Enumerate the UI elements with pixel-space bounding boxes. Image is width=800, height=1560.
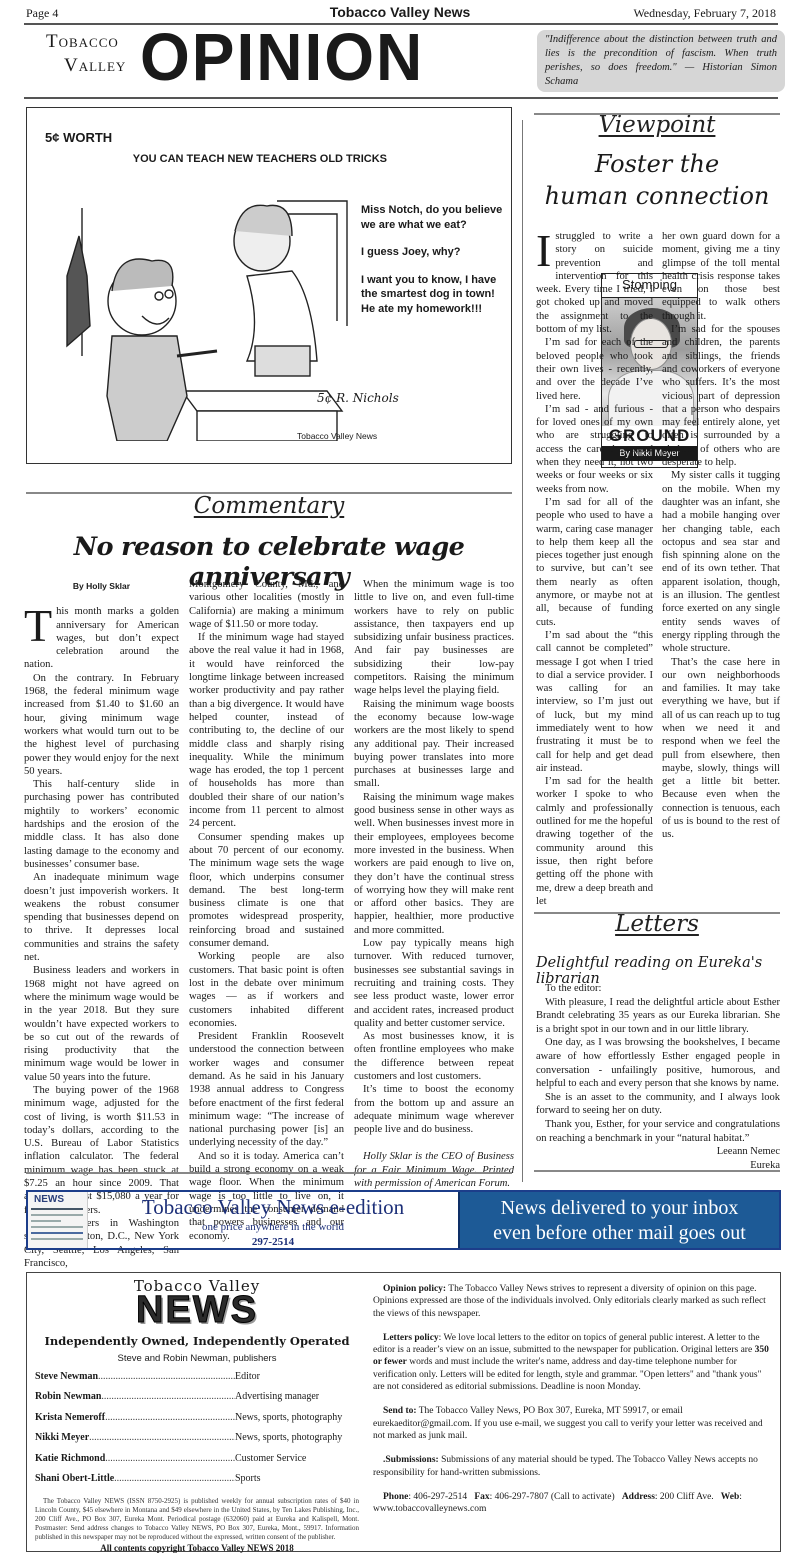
paragraph: I’m sad - and furious - for loved ones o… bbox=[536, 403, 653, 496]
speech-line-3: I want you to know, I have the smartest … bbox=[361, 273, 511, 317]
paragraph: With pleasure, I read the delightful art… bbox=[536, 996, 780, 1037]
web-label: Web bbox=[721, 1492, 739, 1502]
staff-row: Shani Obert-LittleSports bbox=[35, 1469, 365, 1490]
letters-policy: Letters policy: We love local letters to… bbox=[373, 1332, 773, 1393]
staff-row: Robin NewmanAdvertising manager bbox=[35, 1387, 365, 1408]
letters-section-title: Letters bbox=[534, 911, 780, 937]
staff-list: Steve NewmanEditor Robin NewmanAdvertisi… bbox=[35, 1366, 365, 1489]
thumbnail-masthead: NEWS bbox=[34, 1194, 64, 1205]
paragraph: This half-century slide in purchasing po… bbox=[24, 778, 179, 871]
ad-right-line-1: News delivered to your inbox bbox=[460, 1196, 779, 1221]
byline: By Holly Sklar bbox=[24, 580, 179, 593]
commentary-bottom-rule bbox=[26, 1172, 512, 1174]
column-divider bbox=[522, 120, 523, 1182]
policy-label: Opinion policy: bbox=[383, 1284, 446, 1294]
address-label: Address bbox=[622, 1492, 655, 1502]
staff-role: Editor bbox=[235, 1371, 365, 1382]
drop-cap: T bbox=[24, 607, 52, 645]
paragraph: When the minimum wage is too little to l… bbox=[354, 578, 514, 698]
headline-line-2: human connection bbox=[534, 180, 780, 212]
policy-label: .Submissions: bbox=[383, 1455, 439, 1465]
staff-role: News, sports, photography bbox=[235, 1412, 365, 1423]
commentary-column-1: By Holly Sklar This month marks a golden… bbox=[24, 580, 179, 1270]
policy-label: Letters policy bbox=[383, 1333, 439, 1343]
fax-value: : 406-297-7807 (Call to activate) bbox=[490, 1492, 622, 1502]
ad-subtitle: one price anywhere in the world bbox=[88, 1220, 458, 1234]
paragraph: Montgomery County, Md., and various othe… bbox=[189, 578, 344, 631]
viewpoint-column-1: Istruggled to write a story on suicide p… bbox=[536, 230, 653, 908]
paragraph: On the contrary. In February 1968, the f… bbox=[24, 672, 179, 778]
paragraph: I’m sad for each of the beloved people w… bbox=[536, 336, 653, 402]
paragraph: her own guard down for a moment, giving … bbox=[662, 230, 780, 323]
commentary-column-2: Montgomery County, Md., and various othe… bbox=[189, 578, 344, 1243]
viewpoint-section-title: Viewpoint bbox=[534, 112, 780, 138]
ad-title: Tobacco Valley News e-edition bbox=[88, 1194, 458, 1220]
paragraph: One day, as I was browsing the bookshelv… bbox=[536, 1036, 780, 1090]
phone-value: : 406-297-2514 bbox=[408, 1492, 474, 1502]
masthead-publishers: Steve and Robin Newman, publishers bbox=[27, 1353, 367, 1364]
address-value: : 200 Cliff Ave. bbox=[655, 1492, 721, 1502]
commentary-section-title: Commentary bbox=[26, 493, 512, 519]
staff-role: Customer Service bbox=[235, 1453, 365, 1464]
policies: Opinion policy: The Tobacco Valley News … bbox=[373, 1283, 773, 1527]
phone-label: Phone bbox=[383, 1492, 408, 1502]
masthead-line1: Tobacco bbox=[46, 30, 126, 54]
editorial-cartoon: 5¢ WORTH YOU CAN TEACH NEW TEACHERS OLD … bbox=[26, 107, 512, 464]
paragraph: That’s the case here in our own neighbor… bbox=[662, 656, 780, 842]
letter-body: To the editor: With pleasure, I read the… bbox=[536, 982, 780, 1172]
issue-date: Wednesday, February 7, 2018 bbox=[633, 6, 776, 21]
copyright-notice: All contents copyright Tobacco Valley NE… bbox=[27, 1543, 367, 1553]
cartoon-credit: Tobacco Valley News bbox=[297, 431, 377, 441]
staff-row: Steve NewmanEditor bbox=[35, 1366, 365, 1387]
paragraph: An inadequate minimum wage doesn’t just … bbox=[24, 871, 179, 964]
cartoon-title: YOU CAN TEACH NEW TEACHERS OLD TRICKS bbox=[27, 153, 387, 165]
paragraph: I’m sad for all of the people who used t… bbox=[536, 496, 653, 629]
letter-author: Leeann Nemec bbox=[536, 1145, 780, 1159]
paragraph: If the minimum wage had stayed above the… bbox=[189, 631, 344, 830]
paragraph: It’s time to boost the economy from the … bbox=[354, 1083, 514, 1136]
e-edition-ad-banner[interactable]: NEWS Tobacco Valley News e-edition one p… bbox=[26, 1190, 781, 1250]
staff-name: Shani Obert-Little bbox=[35, 1473, 114, 1484]
masthead-logo: NEWS bbox=[27, 1289, 367, 1332]
staff-name: Krista Nemeroff bbox=[35, 1412, 105, 1423]
staff-role: Sports bbox=[235, 1473, 365, 1484]
paragraph: I’m sad for the spouses and children, th… bbox=[662, 323, 780, 469]
contact-info: Phone: 406-297-2514 Fax: 406-297-7807 (C… bbox=[373, 1491, 773, 1516]
masthead-motto: Independently Owned, Independently Opera… bbox=[27, 1334, 367, 1348]
paragraph: Thank you, Esther, for your service and … bbox=[536, 1118, 780, 1145]
staff-row: Krista NemeroffNews, sports, photography bbox=[35, 1407, 365, 1428]
paragraph: Working people are also customers. That … bbox=[189, 950, 344, 1030]
section-title-opinion: OPINION bbox=[140, 20, 424, 94]
staff-row: Katie RichmondCustomer Service bbox=[35, 1448, 365, 1469]
staff-name: Steve Newman bbox=[35, 1371, 98, 1382]
e-edition-thumbnail: NEWS bbox=[28, 1192, 88, 1248]
paragraph: Business leaders and workers in 1968 mig… bbox=[24, 964, 179, 1084]
paragraph: She is an asset to the community, and I … bbox=[536, 1091, 780, 1118]
salutation: To the editor: bbox=[536, 982, 780, 996]
commentary-column-3: When the minimum wage is too little to l… bbox=[354, 578, 514, 1190]
cartoon-series: 5¢ WORTH bbox=[45, 130, 112, 145]
submissions-policy: .Submissions: Submissions of any materia… bbox=[373, 1454, 773, 1479]
paragraph: My sister calls it tugging on the mobile… bbox=[662, 469, 780, 655]
paragraph: Consumer spending makes up about 70 perc… bbox=[189, 831, 344, 951]
masthead-tobacco-valley: Tobacco Valley bbox=[46, 30, 126, 78]
policy-text: words and must include the writer's name… bbox=[373, 1357, 761, 1392]
paragraph: I’m sad for the health worker I spoke to… bbox=[536, 775, 653, 908]
cartoon-dialogue: Miss Notch, do you believe we are what w… bbox=[361, 203, 511, 329]
staff-role: Advertising manager bbox=[235, 1391, 365, 1402]
viewpoint-column-2: her own guard down for a moment, giving … bbox=[662, 230, 780, 842]
staff-name: Katie Richmond bbox=[35, 1453, 105, 1464]
e-edition-ad-right: News delivered to your inbox even before… bbox=[458, 1192, 779, 1248]
speech-line-1: Miss Notch, do you believe we are what w… bbox=[361, 203, 511, 232]
paragraph: As most businesses know, it is often fro… bbox=[354, 1030, 514, 1083]
paragraph: struggled to write a story on suicide pr… bbox=[536, 231, 653, 335]
staff-masthead-box: Tobacco Valley NEWS Independently Owned,… bbox=[26, 1272, 781, 1552]
viewpoint-headline: Foster the human connection bbox=[534, 148, 780, 212]
paragraph: I’m sad about the “this call cannot be c… bbox=[536, 629, 653, 775]
letters-bottom-rule bbox=[534, 1170, 780, 1172]
paragraph: Raising the minimum wage boosts the econ… bbox=[354, 698, 514, 791]
publication-fine-print: The Tobacco Valley NEWS (ISSN 8750-2925)… bbox=[35, 1497, 359, 1542]
fax-label: Fax bbox=[474, 1492, 489, 1502]
staff-role: News, sports, photography bbox=[235, 1432, 365, 1443]
pull-quote: "Indifference about the distinction betw… bbox=[537, 30, 785, 92]
author-tagline: Holly Sklar is the CEO of Business for a… bbox=[354, 1150, 514, 1190]
ad-phone: 297-2514 bbox=[88, 1234, 458, 1250]
staff-name: Nikki Meyer bbox=[35, 1432, 89, 1443]
e-edition-ad-left: Tobacco Valley News e-edition one price … bbox=[88, 1192, 458, 1248]
masthead-line2: Valley bbox=[46, 54, 126, 78]
staff-row: Nikki MeyerNews, sports, photography bbox=[35, 1428, 365, 1449]
headline-line-1: Foster the bbox=[534, 148, 780, 180]
paragraph: Raising the minimum wage makes good busi… bbox=[354, 791, 514, 937]
policy-label: Send to: bbox=[383, 1406, 417, 1416]
policy-text: The Tobacco Valley News, PO Box 307, Eur… bbox=[373, 1406, 763, 1441]
drop-cap: I bbox=[536, 232, 551, 270]
opinion-policy: Opinion policy: The Tobacco Valley News … bbox=[373, 1283, 773, 1320]
paragraph: President Franklin Roosevelt understood … bbox=[189, 1030, 344, 1150]
cartoon-drawing-icon bbox=[57, 196, 357, 441]
send-to-info: Send to: The Tobacco Valley News, PO Box… bbox=[373, 1405, 773, 1442]
cartoonist-signature: 5¢ R. Nichols bbox=[317, 391, 399, 405]
ad-right-line-2: even before other mail goes out bbox=[460, 1221, 779, 1246]
speech-line-2: I guess Joey, why? bbox=[361, 245, 511, 260]
staff-name: Robin Newman bbox=[35, 1391, 101, 1402]
header-rule-bottom bbox=[24, 97, 778, 99]
paragraph: Low pay typically means high turnover. W… bbox=[354, 937, 514, 1030]
